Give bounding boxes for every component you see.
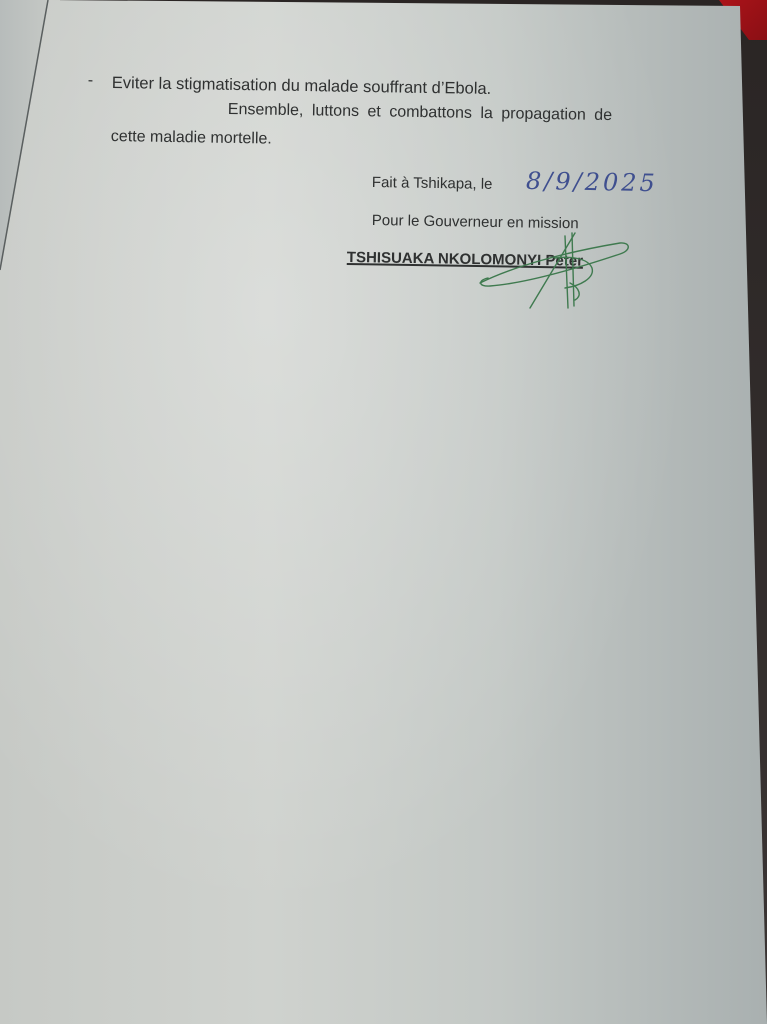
- document-page: [0, 0, 767, 1024]
- closing-line-2: cette maladie mortelle.: [111, 128, 272, 149]
- handwritten-date: 8/9/2025: [526, 167, 658, 197]
- place-line: Fait à Tshikapa, le: [372, 174, 493, 193]
- signature-icon: [470, 228, 640, 313]
- bullet-marker: -: [88, 72, 94, 90]
